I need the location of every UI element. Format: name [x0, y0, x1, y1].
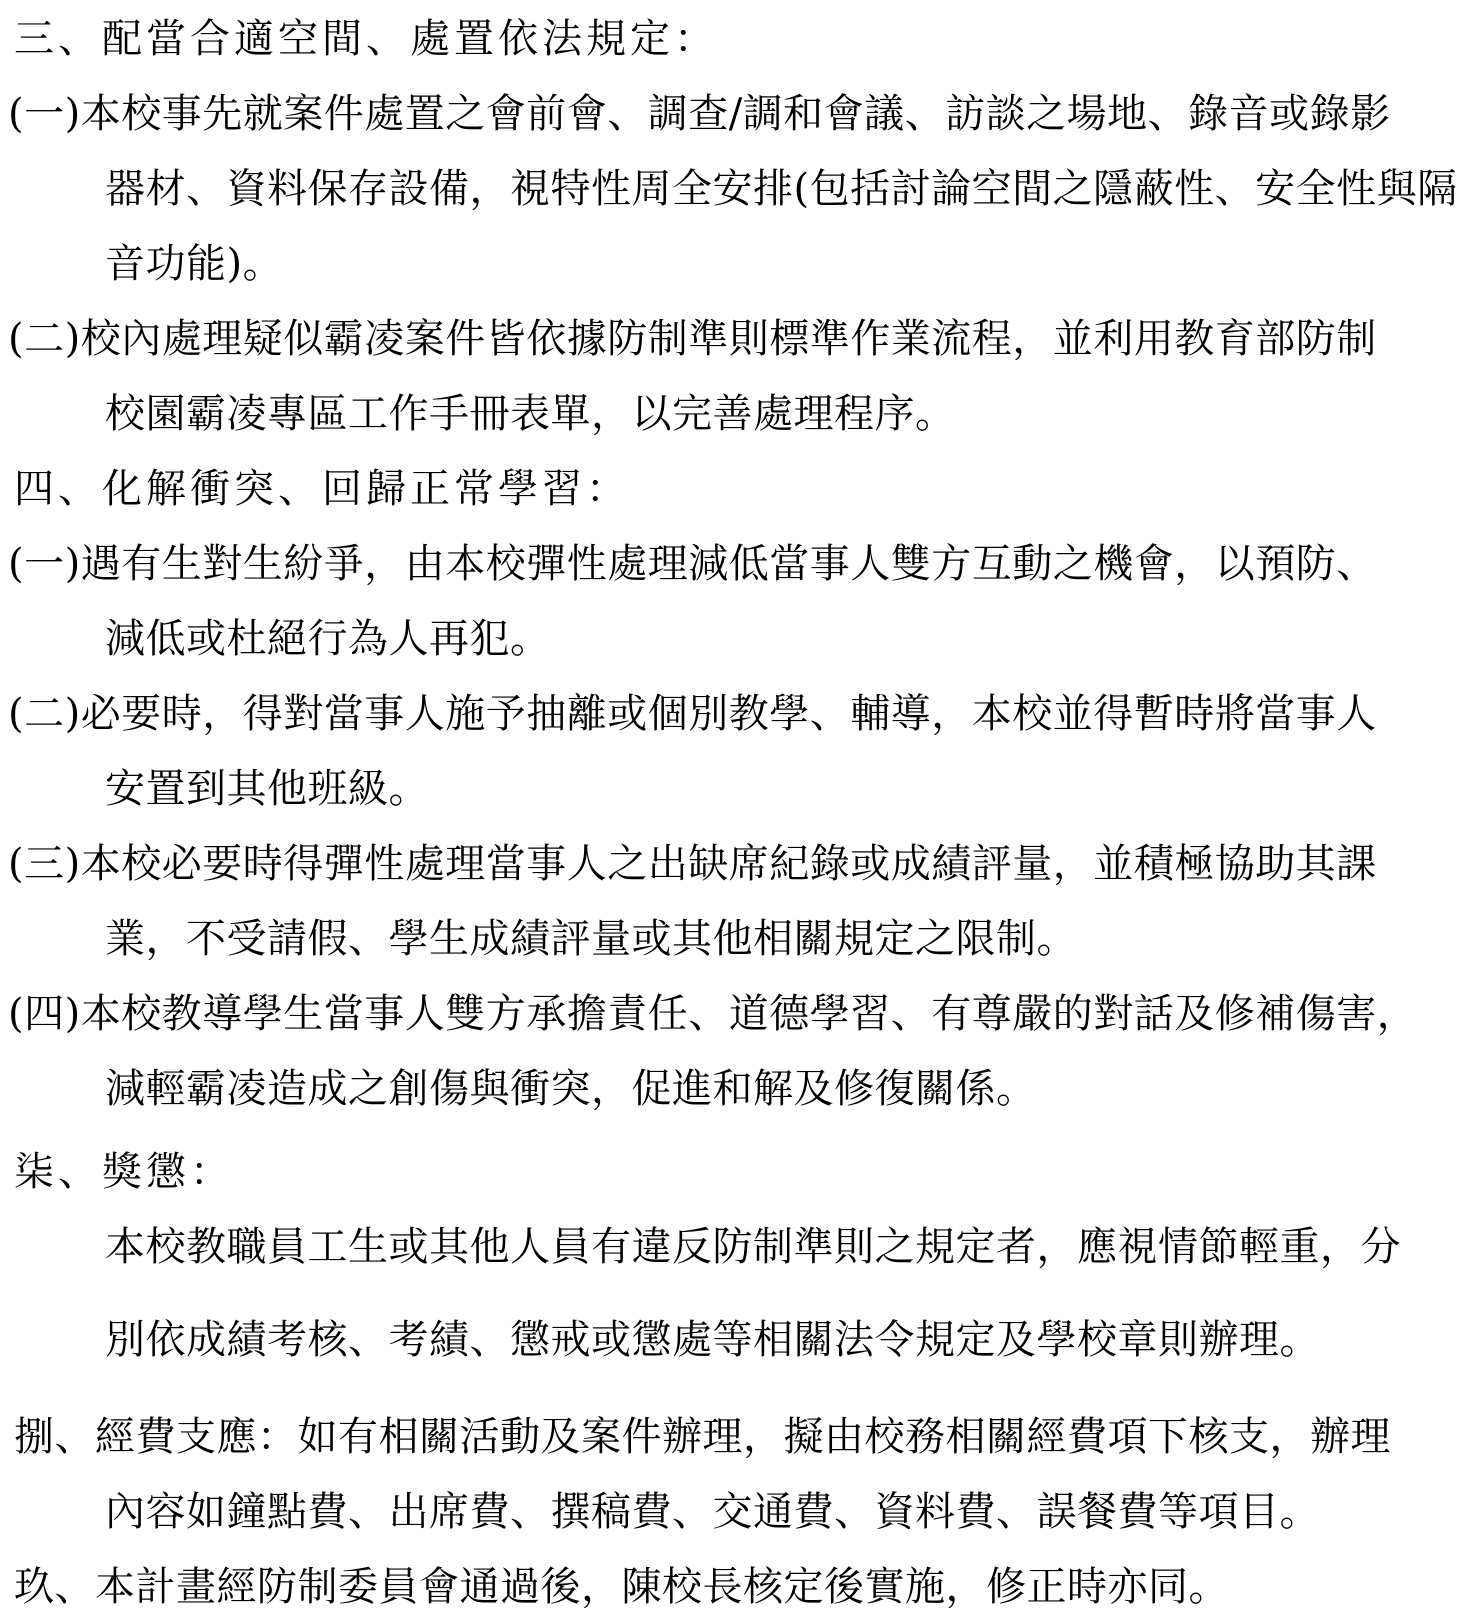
document-line: 捌、經費支應：如有相關活動及案件辦理，擬由校務相關經費項下核支，辦理	[0, 1400, 1475, 1475]
document-line: 三、配當合適空間、處置依法規定：	[0, 2, 1475, 77]
document-line: 玖、本計畫經防制委員會通過後，陳校長核定後實施，修正時亦同。	[0, 1550, 1475, 1624]
document-line: (二)必要時，得對當事人施予抽離或個別教學、輔導，本校並得暫時將當事人	[0, 677, 1475, 752]
document-line: 內容如鐘點費、出席費、撰稿費、交通費、資料費、誤餐費等項目。	[0, 1475, 1475, 1550]
document-line: 別依成績考核、考績、懲戒或懲處等相關法令規定及學校章則辦理。	[0, 1303, 1475, 1378]
document-line: (一)遇有生對生紛爭，由本校彈性處理減低當事人雙方互動之機會，以預防、	[0, 527, 1475, 602]
document-line: 柒、獎懲：	[0, 1135, 1475, 1210]
document-line: (二)校內處理疑似霸凌案件皆依據防制準則標準作業流程，並利用教育部防制	[0, 302, 1475, 377]
document-line: (一)本校事先就案件處置之會前會、調查/調和會議、訪談之場地、錄音或錄影	[0, 77, 1475, 152]
document-line: 業，不受請假、學生成績評量或其他相關規定之限制。	[0, 902, 1475, 977]
document-page: 三、配當合適空間、處置依法規定：(一)本校事先就案件處置之會前會、調查/調和會議…	[0, 0, 1475, 1624]
document-line: (四)本校教導學生當事人雙方承擔責任、道德學習、有尊嚴的對話及修補傷害，	[0, 977, 1475, 1052]
document-line: 減低或杜絕行為人再犯。	[0, 602, 1475, 677]
document-line: 四、化解衝突、回歸正常學習：	[0, 452, 1475, 527]
document-line: 音功能)。	[0, 227, 1475, 302]
document-line: 安置到其他班級。	[0, 752, 1475, 827]
document-line: (三)本校必要時得彈性處理當事人之出缺席紀錄或成績評量，並積極協助其課	[0, 827, 1475, 902]
document-line: 減輕霸凌造成之創傷與衝突，促進和解及修復關係。	[0, 1052, 1475, 1127]
document-line: 器材、資料保存設備，視特性周全安排(包括討論空間之隱蔽性、安全性與隔	[0, 152, 1475, 227]
document-line: 校園霸凌專區工作手冊表單，以完善處理程序。	[0, 377, 1475, 452]
document-line: 本校教職員工生或其他人員有違反防制準則之規定者，應視情節輕重，分	[0, 1210, 1475, 1285]
document-body: 三、配當合適空間、處置依法規定：(一)本校事先就案件處置之會前會、調查/調和會議…	[0, 2, 1475, 1624]
